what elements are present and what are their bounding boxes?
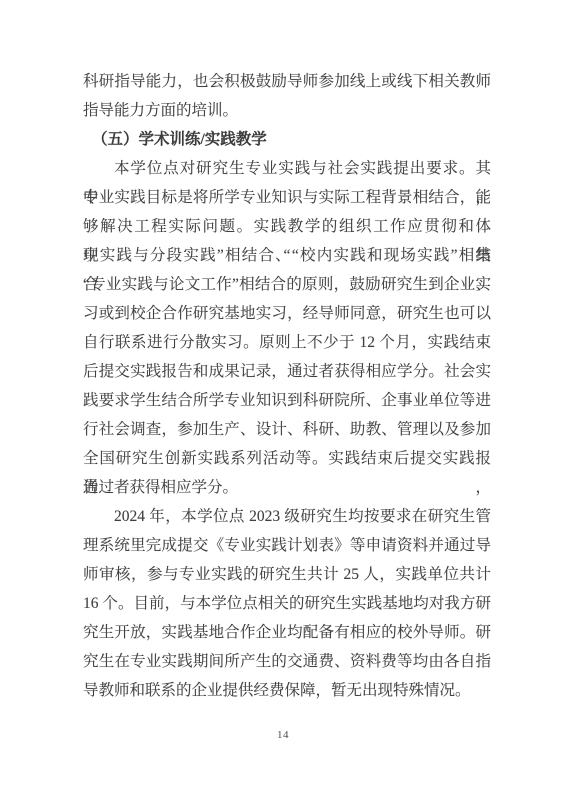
text-line: 专业实践目标是将所学专业知识与实际工程背景相结合，能	[83, 183, 491, 212]
text-line: 够解决工程实际问题。实践教学的组织工作应贯彻和体现“集	[83, 212, 491, 241]
document-page: 科研指导能力，也会积极鼓励导师参加线上或线下相关教师指导能力方面的培训。（五）学…	[0, 0, 566, 800]
text-line: 指导能力方面的培训。	[83, 96, 491, 125]
text-line: 2024 年，本学位点 2023 级研究生均按要求在研究生管	[83, 502, 491, 531]
text-line: 究生在专业实践期间所产生的交通费、资料费等均由各自指	[83, 647, 491, 676]
paragraph: 本学位点对研究生专业实践与社会实践提出要求。其中，专业实践目标是将所学专业知识与…	[83, 154, 491, 502]
text-line: 师审核，参与专业实践的研究生共计 25 人，实践单位共计	[83, 560, 491, 589]
text-line: 本学位点对研究生专业实践与社会实践提出要求。其中，	[83, 154, 491, 183]
text-line: 全国研究生创新实践系列活动等。实践结束后提交实践报告，	[83, 444, 491, 473]
paragraph: 2024 年，本学位点 2023 级研究生均按要求在研究生管理系统里完成提交《专…	[83, 502, 491, 705]
text-line: 后提交实践报告和成果记录，通过者获得相应学分。社会实	[83, 357, 491, 386]
text-line: 理系统里完成提交《专业实践计划表》等申请资料并通过导	[83, 531, 491, 560]
text-line: 中实践与分段实践”相结合、“校内实践和现场实践”相结合、	[83, 241, 491, 270]
section-heading: （五）学术训练/实践教学	[83, 125, 491, 154]
text-line: （五）学术训练/实践教学	[83, 125, 491, 154]
text-line: 自行联系进行分散实习。原则上不少于 12 个月，实践结束	[83, 328, 491, 357]
document-body: 科研指导能力，也会积极鼓励导师参加线上或线下相关教师指导能力方面的培训。（五）学…	[83, 67, 491, 705]
text-line: 科研指导能力，也会积极鼓励导师参加线上或线下相关教师	[83, 67, 491, 96]
text-line: 行社会调查，参加生产、设计、科研、助教、管理以及参加	[83, 415, 491, 444]
page-number: 14	[0, 729, 566, 741]
text-line: 16 个。目前，与本学位点相关的研究生实践基地均对我方研	[83, 589, 491, 618]
text-line: “专业实践与论文工作”相结合的原则，鼓励研究生到企业实	[83, 270, 491, 299]
text-line: 究生开放，实践基地合作企业均配备有相应的校外导师。研	[83, 618, 491, 647]
text-line: 践要求学生结合所学专业知识到科研院所、企事业单位等进	[83, 386, 491, 415]
paragraph: 科研指导能力，也会积极鼓励导师参加线上或线下相关教师指导能力方面的培训。	[83, 67, 491, 125]
text-line: 习或到校企合作研究基地实习，经导师同意，研究生也可以	[83, 299, 491, 328]
text-line: 导教师和联系的企业提供经费保障，暂无出现特殊情况。	[83, 676, 491, 705]
